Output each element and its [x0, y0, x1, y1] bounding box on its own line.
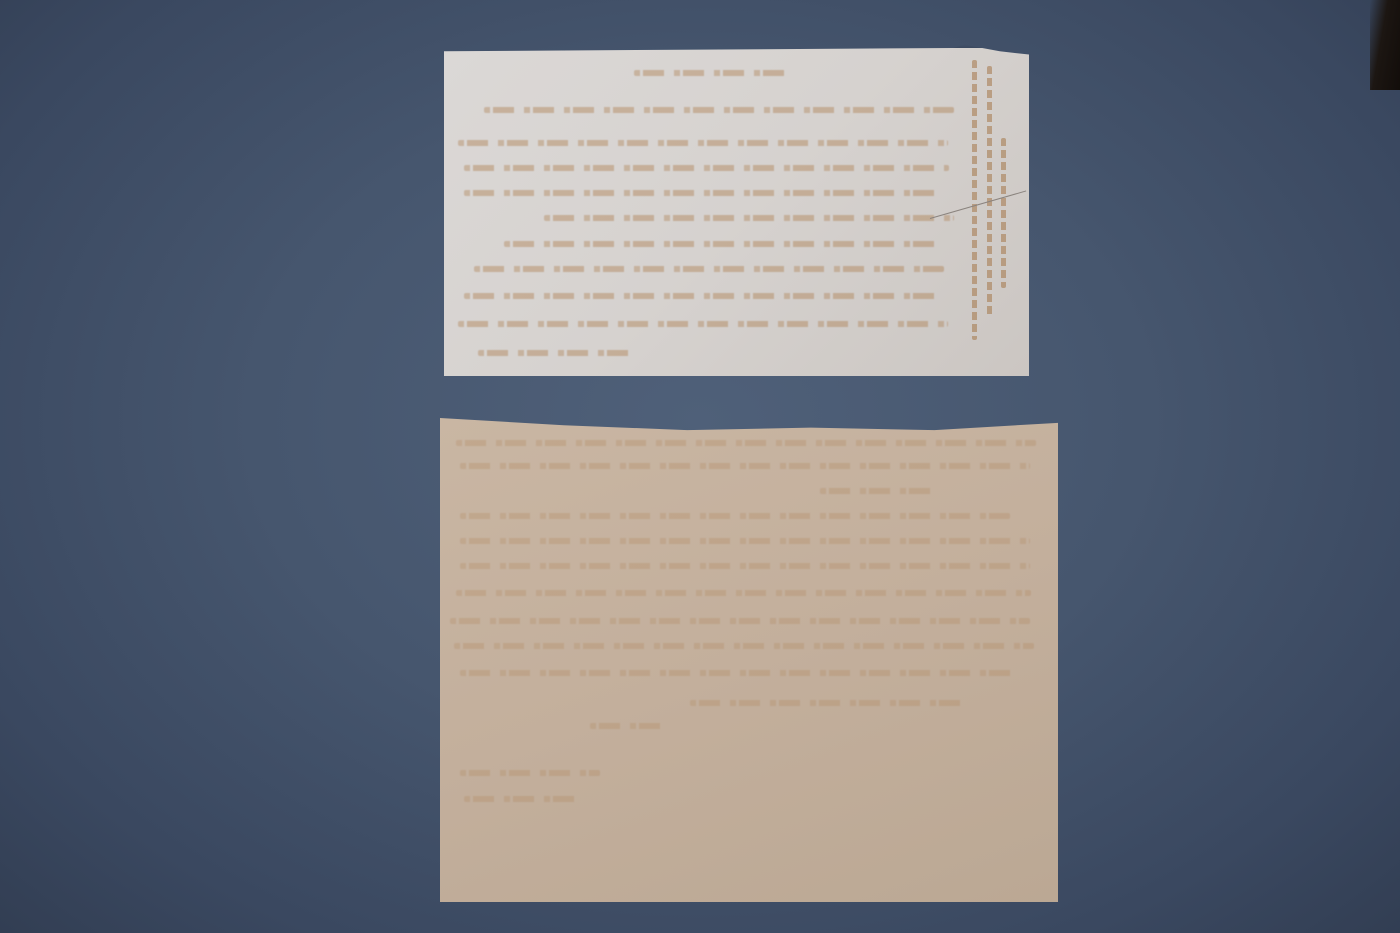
photo-scene: { "scene": { "description": "Photograph … [0, 0, 1400, 933]
handwriting-line [464, 293, 944, 299]
handwriting-line [484, 107, 954, 113]
marginal-note [972, 60, 977, 340]
marginal-note [1001, 138, 1006, 288]
handwriting-address [464, 796, 584, 802]
handwriting-line [504, 241, 944, 247]
handwriting-line [458, 321, 948, 327]
handwriting-line [460, 463, 1030, 469]
handwriting-signature [478, 350, 638, 356]
handwriting-line [456, 440, 1036, 446]
handwriting-line [464, 190, 944, 196]
handwriting-line [460, 538, 1030, 544]
sheet-top-label: Letter sheet with mirrored cursive handw… [444, 48, 445, 49]
handwriting-line [460, 563, 1030, 569]
handwriting-line [464, 165, 949, 171]
handwriting-line [456, 590, 1031, 596]
handwriting-line [544, 215, 954, 221]
handwriting-line [690, 700, 970, 706]
handwriting-line [458, 140, 948, 146]
handwriting-line [590, 723, 670, 729]
handwriting-line [460, 513, 1010, 519]
letter-sheet-bottom: Letter sheet with faint mirrored cursive… [440, 418, 1058, 902]
handwriting-line [474, 266, 944, 272]
letter-sheet-top: Letter sheet with mirrored cursive handw… [444, 48, 1029, 376]
marginal-note [987, 66, 992, 316]
handwriting-line [820, 488, 940, 494]
sheet-bottom-label: Letter sheet with faint mirrored cursive… [440, 418, 441, 419]
corner-shadow [1370, 0, 1400, 90]
handwriting-line [460, 670, 1020, 676]
handwriting-line [450, 618, 1030, 624]
handwriting-line [454, 643, 1034, 649]
handwriting-address [460, 770, 600, 776]
handwriting-line [634, 70, 794, 76]
